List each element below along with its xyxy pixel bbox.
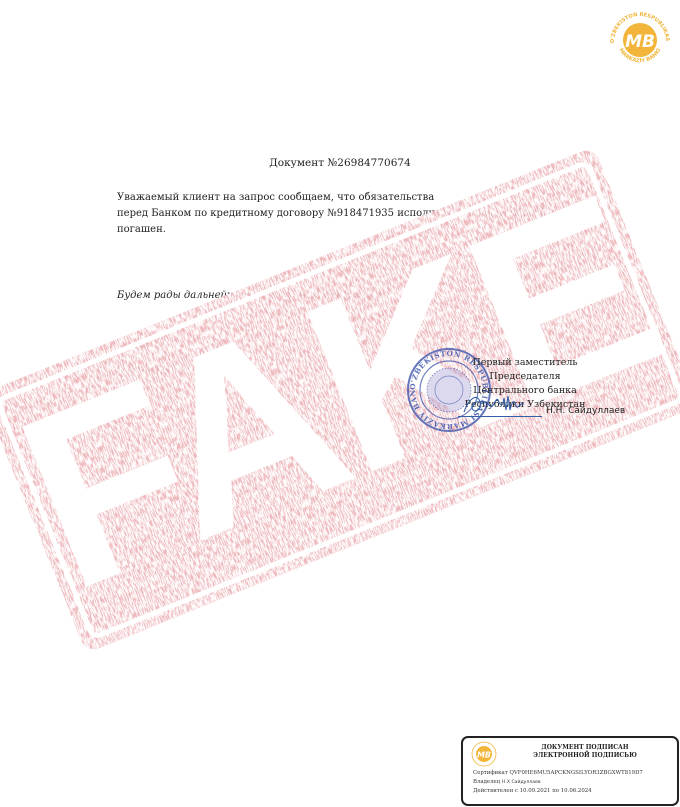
handwritten-signature (460, 388, 540, 418)
signer-name: Н.Н. Сайдуллаев (546, 406, 625, 416)
electronic-signature-box: MB ДОКУМЕНТ ПОДПИСАН ЭЛЕКТРОННОЙ ПОДПИСЬ… (461, 736, 679, 806)
signature-line (458, 416, 542, 417)
owner-value: Н.Х Сайдуллаев (502, 780, 541, 785)
esignature-heading: ДОКУМЕНТ ПОДПИСАН ЭЛЕКТРОННОЙ ПОДПИСЬЮ (497, 744, 673, 760)
body-line: Уважаемый клиент на запрос сообщаем, что… (117, 190, 597, 206)
closing-text: Будем рады дальнейшему сотрудничеству с … (117, 290, 391, 301)
validity-row: Действителен с 10.09.2021 по 10.06.2024 (473, 788, 592, 794)
central-bank-logo-icon: MB (471, 741, 497, 767)
certificate-label: Сертификат (473, 770, 508, 776)
owner-row: Владелец Н.Х Сайдуллаев (473, 779, 541, 785)
certificate-row: Сертификат QVF0HE6MU5APCKNGSILYOR3ZBGXWT… (473, 770, 643, 776)
signer-title-line: Первый заместитель Председателя (440, 356, 610, 384)
certificate-value: QVF0HE6MU5APCKNGSILYOR3ZBGXWT819D7 (509, 770, 642, 776)
body-line: перед Банком по кредитному договору №918… (117, 206, 597, 222)
document-page: O'ZBEKISTON RESPUBLIKASI MARKAZIY BANKI … (0, 0, 680, 807)
document-title: Документ №26984770674 (0, 157, 680, 169)
regards-text: С уважением (117, 363, 190, 374)
document-body: Уважаемый клиент на запрос сообщаем, что… (117, 190, 597, 238)
esignature-heading-line: ДОКУМЕНТ ПОДПИСАН (497, 744, 673, 752)
owner-label: Владелец (473, 779, 500, 785)
svg-text:MB: MB (477, 751, 491, 760)
central-bank-logo-icon: O'ZBEKISTON RESPUBLIKASI MARKAZIY BANKI … (604, 6, 676, 72)
body-line: погашен. (117, 222, 597, 238)
svg-text:MB: MB (625, 32, 655, 52)
esignature-heading-line: ЭЛЕКТРОННОЙ ПОДПИСЬЮ (497, 752, 673, 760)
